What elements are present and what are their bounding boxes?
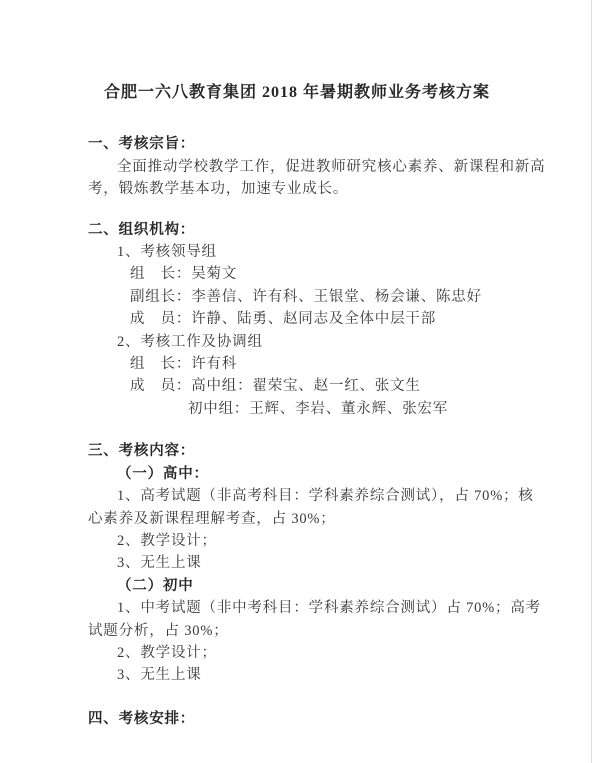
high-school-subheading: （一）高中： bbox=[117, 463, 544, 485]
group-1-members: 成 员：许静、陆勇、赵同志及全体中层干部 bbox=[130, 308, 544, 330]
section-1-heading: 一、考核宗旨： bbox=[88, 133, 544, 155]
junior-school-item-1-line-2: 试题分析，占 30%； bbox=[88, 620, 544, 642]
document-body: 一、考核宗旨： 全面推动学校教学工作，促进教师研究核心素养、新课程和新高 考，锻… bbox=[0, 133, 594, 730]
junior-school-item-2: 2、教学设计； bbox=[117, 642, 544, 664]
section-2-heading: 二、组织机构： bbox=[88, 219, 544, 241]
group-1-deputy-leaders: 副组长：李善信、许有科、王银堂、杨会谦、陈忠好 bbox=[130, 286, 544, 308]
high-school-item-3: 3、无生上课 bbox=[117, 552, 544, 574]
group-1-title: 1、考核领导组 bbox=[117, 241, 544, 263]
high-school-item-1-line-1: 1、高考试题（非高考科目：学科素养综合测试），占 70%；核 bbox=[117, 485, 544, 507]
document-title: 合肥一六八教育集团 2018 年暑期教师业务考核方案 bbox=[0, 82, 594, 104]
high-school-item-2: 2、教学设计； bbox=[117, 530, 544, 552]
junior-school-item-1-line-1: 1、中考试题（非中考科目：学科素养综合测试）占 70%；高考 bbox=[117, 597, 544, 619]
junior-school-item-3: 3、无生上课 bbox=[117, 664, 544, 686]
group-2-title: 2、考核工作及协调组 bbox=[117, 331, 544, 353]
junior-school-subheading: （二）初中 bbox=[117, 575, 544, 597]
document-page: 合肥一六八教育集团 2018 年暑期教师业务考核方案 一、考核宗旨： 全面推动学… bbox=[0, 0, 594, 763]
section-assessment-content: 三、考核内容： （一）高中： 1、高考试题（非高考科目：学科素养综合测试），占 … bbox=[88, 440, 544, 686]
group-2-members-junior-school: 初中组：王辉、李岩、董永辉、张宏军 bbox=[188, 398, 544, 420]
group-2-leader: 组 长：许有科 bbox=[130, 353, 544, 375]
purpose-paragraph-line-2: 考，锻炼教学基本功，加速专业成长。 bbox=[88, 178, 544, 200]
group-2-members-high-school: 成 员：高中组：翟荣宝、赵一红、张文生 bbox=[130, 375, 544, 397]
group-1-leader: 组 长：吴菊文 bbox=[130, 263, 544, 285]
section-assessment-purpose: 一、考核宗旨： 全面推动学校教学工作，促进教师研究核心素养、新课程和新高 考，锻… bbox=[88, 133, 544, 200]
section-organization: 二、组织机构： 1、考核领导组 组 长：吴菊文 副组长：李善信、许有科、王银堂、… bbox=[88, 219, 544, 421]
section-4-heading: 四、考核安排： bbox=[88, 708, 544, 730]
page-right-edge bbox=[591, 0, 592, 763]
section-3-heading: 三、考核内容： bbox=[88, 440, 544, 462]
purpose-paragraph-line-1: 全面推动学校教学工作，促进教师研究核心素养、新课程和新高 bbox=[117, 156, 544, 178]
section-assessment-schedule: 四、考核安排： bbox=[88, 708, 544, 730]
high-school-item-1-line-2: 心素养及新课程理解考查，占 30%； bbox=[88, 508, 544, 530]
